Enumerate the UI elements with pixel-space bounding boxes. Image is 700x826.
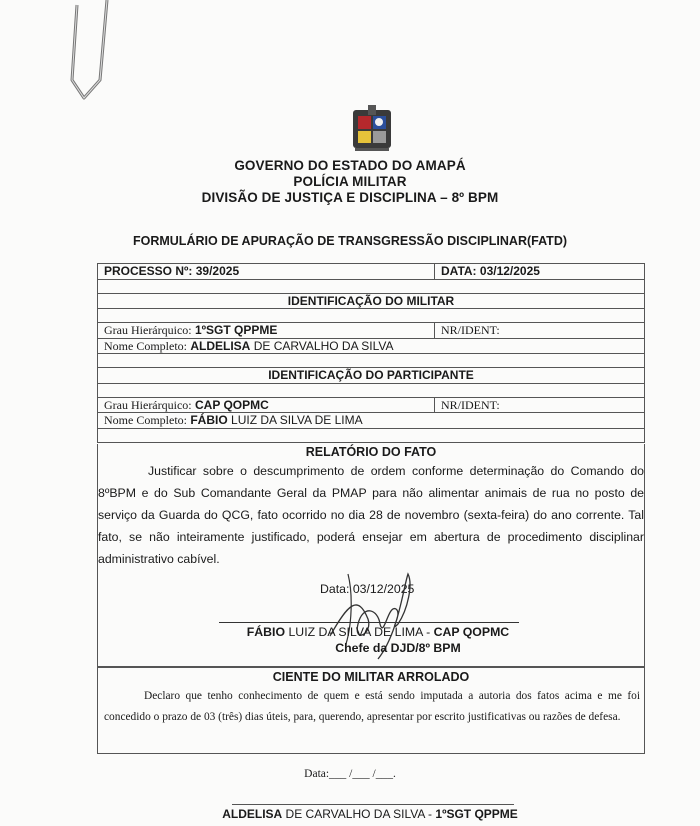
- division-title: DIVISÃO DE JUSTIÇA E DISCIPLINA – 8º BPM: [0, 190, 700, 206]
- document-header: GOVERNO DO ESTADO DO AMAPÁ POLÍCIA MILIT…: [0, 158, 700, 206]
- participante-nome-label: Nome Completo:: [104, 413, 187, 427]
- participante-section-row: IDENTIFICAÇÃO DO PARTICIPANTE: [98, 368, 644, 384]
- data-label: DATA:: [441, 264, 477, 278]
- militar-nome-row: Nome Completo: ALDELISA DE CARVALHO DA S…: [98, 339, 644, 355]
- participante-grau-row: Grau Hierárquico: CAP QOPMC NR/IDENT:: [98, 398, 644, 414]
- processo-label: PROCESSO Nº:: [104, 264, 192, 278]
- ciente-text: Declaro que tenho conhecimento de quem e…: [98, 686, 644, 728]
- bottom-signer-name: ALDELISA DE CARVALHO DA SILVA - 1ºSGT QP…: [0, 807, 700, 821]
- militar-grau-value: 1ºSGT QPPME: [195, 323, 277, 337]
- militar-grau-cell: Grau Hierárquico: 1ºSGT QPPME: [98, 323, 435, 338]
- government-title: GOVERNO DO ESTADO DO AMAPÁ: [0, 158, 700, 174]
- spacer-row: [98, 354, 644, 368]
- form-table: PROCESSO Nº: 39/2025 DATA: 03/12/2025 ID…: [97, 263, 645, 443]
- processo-cell: PROCESSO Nº: 39/2025: [98, 264, 435, 279]
- participante-nome-first: FÁBIO: [190, 413, 227, 427]
- militar-nome-cell: Nome Completo: ALDELISA DE CARVALHO DA S…: [98, 339, 644, 354]
- ciente-date-field[interactable]: Data:___ /___ /___.: [0, 768, 700, 780]
- militar-grau-label: Grau Hierárquico:: [104, 323, 192, 337]
- participante-nome-row: Nome Completo: FÁBIO LUIZ DA SILVA DE LI…: [98, 413, 644, 429]
- militar-nome-first: ALDELISA: [190, 339, 250, 353]
- signer-role: Chefe da DJD/8º BPM: [98, 641, 698, 655]
- signature-line: [219, 622, 519, 623]
- data-value: 03/12/2025: [480, 264, 540, 278]
- relatorio-section: RELATÓRIO DO FATO Justificar sobre o des…: [97, 444, 645, 667]
- participante-grau-label: Grau Hierárquico:: [104, 398, 192, 412]
- participante-nome-cell: Nome Completo: FÁBIO LUIZ DA SILVA DE LI…: [98, 413, 644, 428]
- relatorio-text: Justificar sobre o descumprimento de ord…: [98, 460, 644, 570]
- participante-nome-rest: LUIZ DA SILVA DE LIMA: [231, 413, 363, 427]
- spacer-row: [98, 384, 644, 398]
- paper-clip-icon: [60, 0, 120, 105]
- signer-name: FÁBIO LUIZ DA SILVA DE LIMA - CAP QOPMC: [98, 625, 658, 639]
- participante-grau-cell: Grau Hierárquico: CAP QOPMC: [98, 398, 435, 413]
- participante-nr-label: NR/IDENT:: [435, 398, 644, 413]
- bottom-signature-line: [232, 804, 514, 805]
- data-cell: DATA: 03/12/2025: [435, 264, 644, 279]
- spacer-row: [98, 280, 644, 294]
- processo-row: PROCESSO Nº: 39/2025 DATA: 03/12/2025: [98, 264, 644, 280]
- militar-nome-rest: DE CARVALHO DA SILVA: [254, 339, 394, 353]
- participante-section-title: IDENTIFICAÇÃO DO PARTICIPANTE: [98, 368, 644, 383]
- militar-grau-row: Grau Hierárquico: 1ºSGT QPPME NR/IDENT:: [98, 323, 644, 339]
- form-title: FORMULÁRIO DE APURAÇÃO DE TRANSGRESSÃO D…: [0, 234, 700, 248]
- militar-nr-label: NR/IDENT:: [435, 323, 644, 338]
- ciente-section: CIENTE DO MILITAR ARROLADO Declaro que t…: [97, 667, 645, 754]
- relatorio-title: RELATÓRIO DO FATO: [98, 444, 644, 460]
- militar-section-title: IDENTIFICAÇÃO DO MILITAR: [98, 294, 644, 309]
- militar-section-row: IDENTIFICAÇÃO DO MILITAR: [98, 294, 644, 310]
- militar-nome-label: Nome Completo:: [104, 339, 187, 353]
- spacer-row: [98, 309, 644, 323]
- coat-of-arms-icon: [349, 104, 395, 154]
- processo-value: 39/2025: [196, 264, 239, 278]
- police-title: POLÍCIA MILITAR: [0, 174, 700, 190]
- participante-grau-value: CAP QOPMC: [195, 398, 269, 412]
- spacer-row: [98, 429, 644, 443]
- ciente-title: CIENTE DO MILITAR ARROLADO: [98, 668, 644, 686]
